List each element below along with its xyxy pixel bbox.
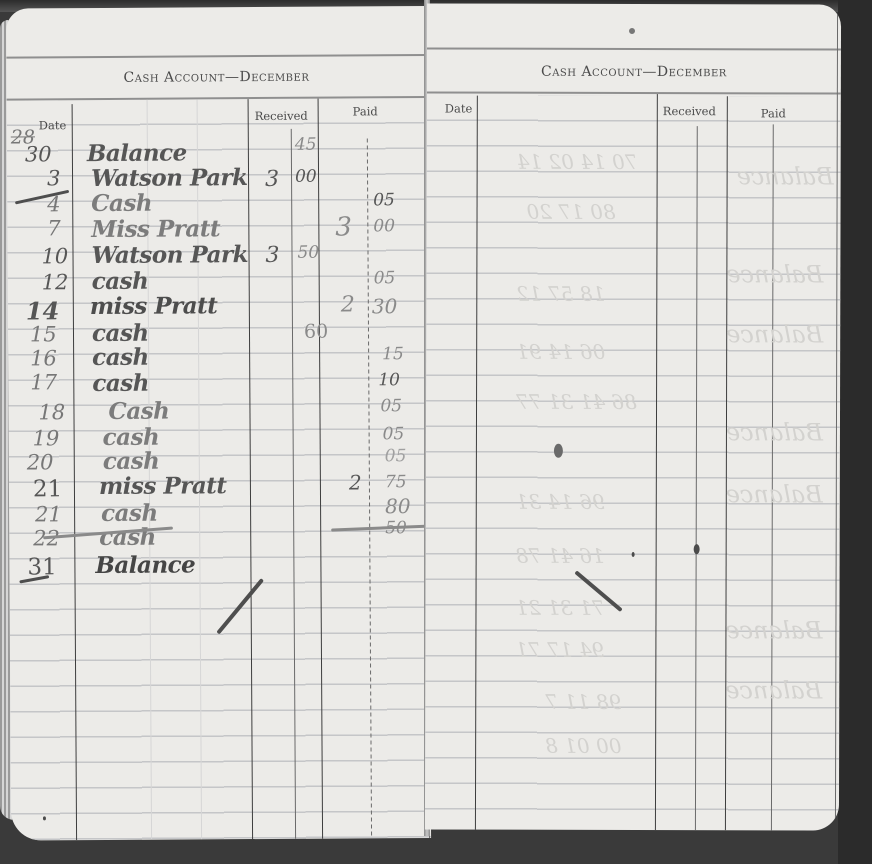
entry-description: cash — [92, 370, 149, 397]
entry-date: 21 — [35, 502, 62, 526]
ink-blot — [554, 444, 563, 458]
ink-speck — [632, 552, 635, 557]
entry-received-dollars: 3 — [265, 167, 279, 192]
header-top-rule — [6, 54, 426, 59]
scan-backdrop-right — [838, 0, 872, 864]
bleed-through-text: Balance — [726, 260, 823, 288]
header-bottom-rule — [427, 91, 841, 94]
entry-paid-cents: 00 — [373, 216, 395, 236]
bleed-through-text: Balance — [725, 676, 822, 704]
bleed-through-text: 16 41 78 — [516, 544, 605, 568]
ink-speck — [43, 816, 46, 820]
entry-received-cents: 00 — [295, 167, 317, 187]
entry-description: Balance — [95, 551, 195, 579]
entry-paid-cents: 05 — [383, 424, 405, 444]
entry-paid-cents: 10 — [378, 370, 400, 390]
ruled-lines — [425, 95, 841, 830]
bleed-through-text: Balance — [725, 616, 822, 644]
entry-description: cash — [103, 448, 160, 475]
entry-received-dollars: 3 — [265, 243, 279, 268]
header-top-rule — [427, 47, 841, 50]
entry-description: Miss Pratt — [91, 215, 220, 243]
paid-column-header: Paid — [761, 106, 786, 120]
entry-description: Balance — [87, 139, 187, 167]
ink-blot — [694, 544, 700, 554]
entry-description: cash — [92, 344, 149, 371]
bleed-through-text: 96 14 31 — [516, 490, 605, 514]
entry-date: 16 — [30, 346, 57, 370]
entry-date: 30 — [25, 142, 52, 166]
date-column-header: Date — [39, 118, 67, 132]
entry-received-cents: 50 — [297, 243, 319, 263]
entry-date: 7 — [47, 216, 61, 240]
entry-paid-cents: 05 — [385, 446, 407, 466]
entry-paid-cents: 15 — [382, 344, 404, 364]
bleed-through-text: 70 14 02 14 — [517, 150, 638, 174]
entry-paid-dollars: 2 — [349, 470, 362, 494]
entry-paid-dollars: 3 — [335, 212, 352, 242]
bleed-through-text: 86 41 31 77 — [516, 390, 637, 414]
entry-received-cents: 60 — [304, 321, 328, 343]
bleed-through-text: 98 11 7 — [545, 690, 621, 714]
bleed-through-text: Balance — [726, 418, 823, 446]
entry-date: 21 — [33, 476, 62, 502]
entry-paid-cents: 05 — [373, 190, 395, 210]
ink-speck — [629, 28, 635, 34]
entry-date: 20 — [27, 450, 54, 474]
entry-date: 19 — [33, 426, 60, 450]
bleed-through-text: 71 31 21 — [515, 596, 604, 620]
entry-paid-cents: 80 — [385, 494, 411, 518]
entry-paid-cents: 30 — [372, 294, 398, 318]
entry-date: 12 — [42, 270, 69, 294]
entry-date: 4 — [47, 192, 61, 216]
entry-date: 15 — [30, 322, 57, 346]
bleed-through-text: 80 17 20 — [527, 200, 616, 224]
entry-date: 14 — [26, 296, 60, 325]
entry-description: Cash — [91, 190, 152, 217]
bleed-through-text: 00 01 8 — [545, 734, 621, 758]
entry-date: 10 — [41, 244, 68, 268]
received-column-header: Received — [255, 109, 308, 123]
bleed-through-text: 06 14 91 — [516, 340, 605, 364]
entry-description: Cash — [108, 398, 169, 425]
entry-paid-cents: 75 — [385, 472, 407, 492]
left-page-title: Cash Account—December — [6, 68, 426, 87]
entry-description: miss Pratt — [90, 292, 218, 320]
entry-description: Watson Park — [91, 241, 248, 269]
entry-date: 17 — [30, 370, 57, 394]
bleed-through-text: 94 17 71 — [515, 638, 604, 662]
bleed-through-text: Balance — [737, 162, 834, 190]
entry-description: cash — [92, 268, 149, 295]
right-page-title: Cash Account—December — [427, 63, 841, 80]
bleed-through-text: Balance — [726, 480, 823, 508]
paid-column-header: Paid — [353, 104, 378, 118]
entry-date: 3 — [47, 166, 61, 190]
right-page: Cash Account—December Date Received Paid… — [425, 3, 841, 830]
entry-paid-dollars: 2 — [341, 292, 355, 317]
entry-paid-cents: 05 — [380, 396, 402, 416]
date-column-header: Date — [445, 102, 473, 116]
entry-date: 18 — [38, 400, 65, 424]
entry-paid-cents: 05 — [374, 268, 396, 288]
entry-description: Watson Park — [91, 164, 248, 192]
received-column-header: Received — [663, 104, 716, 118]
left-page: Cash Account—December Date Received Paid… — [6, 6, 431, 841]
entry-received-cents: 45 — [295, 135, 317, 155]
bleed-through-text: 18 57 12 — [516, 282, 605, 306]
bleed-through-text: Balance — [726, 320, 823, 348]
entry-description: miss Pratt — [99, 472, 227, 500]
